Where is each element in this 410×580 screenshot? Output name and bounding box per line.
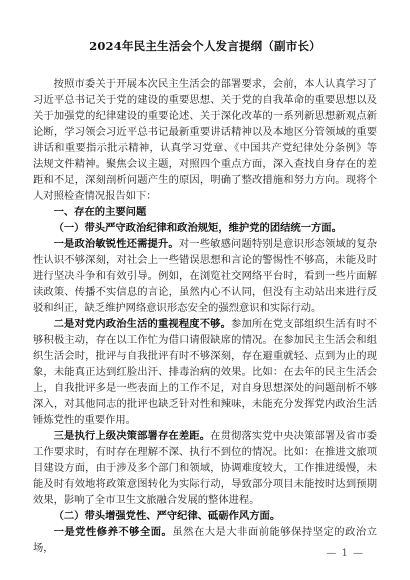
page-number: — 1 — (326, 548, 364, 559)
issue-lead-1: 一是政治敏锐性还需提升。 (54, 238, 179, 250)
issue-paragraph-3: 三是执行上级决策部署存在差距。在贯彻落实党中央决策部署及省市委工作要求时，有时存… (33, 428, 377, 508)
issue-lead-2: 二是对党内政治生活的重视程度不够。 (54, 318, 231, 330)
issue-lead-3: 三是执行上级决策部署存在差距。 (54, 430, 211, 442)
subsection-heading-2: （二）带头增强党性、严守纪律、砥砺作风方面。 (33, 508, 377, 524)
issue-text-2: 参加所在党支部组织生活有时不够积极主动，存在以工作忙为借口请假缺席的情况。在参加… (33, 318, 377, 426)
issue-lead-4: 一是党性修养不够全面。 (54, 526, 173, 538)
section-heading-main: 一、存在的主要问题 (33, 204, 377, 220)
document-body: 按照市委关于开展本次民主生活会的部署要求，会前，本人认真学习了习近平总书记关于党… (33, 76, 377, 556)
issue-paragraph-2: 二是对党内政治生活的重视程度不够。参加所在党支部组织生活有时不够积极主动，存在以… (33, 316, 377, 428)
document-title: 2024年民主生活会个人发言提纲（副市长） (33, 38, 377, 54)
issue-paragraph-1: 一是政治敏锐性还需提升。对一些敏感问题特别是意识形态领域的复杂性认识不够深刻，对… (33, 236, 377, 316)
intro-paragraph: 按照市委关于开展本次民主生活会的部署要求，会前，本人认真学习了习近平总书记关于党… (33, 76, 377, 204)
document-page: 2024年民主生活会个人发言提纲（副市长） 按照市委关于开展本次民主生活会的部署… (0, 0, 410, 580)
subsection-heading-1: （一）带头严守政治纪律和政治规矩，维护党的团结统一方面。 (33, 220, 377, 236)
